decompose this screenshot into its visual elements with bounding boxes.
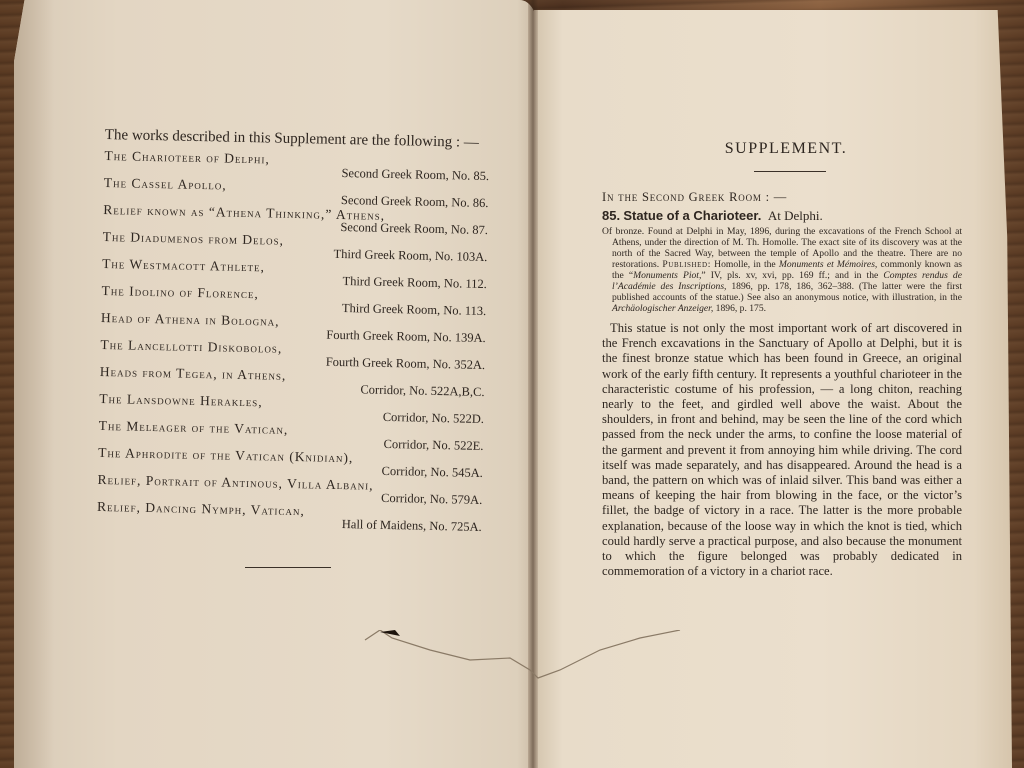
work-location: Corridor, No. 522D. [383,411,484,426]
entry-body: This statue is not only the most importa… [602,321,962,579]
note-text: 1896, p. 175. [716,303,766,314]
entry-name: Statue of a Charioteer. [623,208,761,223]
works-list: The works described in this Supplement a… [97,128,490,535]
work-location: Corridor, No. 579A. [381,492,482,507]
work-location: Hall of Maidens, No. 725A. [342,518,482,534]
room-heading: In the Second Greek Room : — [602,190,962,205]
works-container: The Charioteer of Delphi,Second Greek Ro… [97,149,490,535]
supplement-content: SUPPLEMENT. In the Second Greek Room : —… [602,140,962,579]
note-text: ” IV, pls. xv, xvi, pp. 169 ff.; and in … [701,270,878,281]
page-shadow [14,0,54,768]
book-gutter [528,0,538,768]
citation-title: Monuments Piot, [633,270,701,281]
citation-title: Monuments et Mémoires, [779,259,877,270]
citation-title: Archäologischer Anzeiger, [612,303,713,314]
entry-place: At Delphi. [768,208,823,223]
note-text: Homolle, in the [714,259,776,270]
page-heading: SUPPLEMENT. [602,140,962,158]
entry-number: 85. [602,208,620,223]
published-label: Published: [662,259,711,270]
entry-title: 85. Statue of a Charioteer. At Delphi. [602,208,962,224]
work-location: Corridor, No. 545A. [381,465,482,480]
work-location: Corridor, No. 522E. [383,438,483,453]
divider-rule [245,567,331,568]
bibliographic-note: Of bronze. Found at Delphi in May, 1896,… [602,226,962,314]
divider-rule [754,171,826,172]
work-location: Corridor, No. 522A,B,C. [360,383,484,399]
